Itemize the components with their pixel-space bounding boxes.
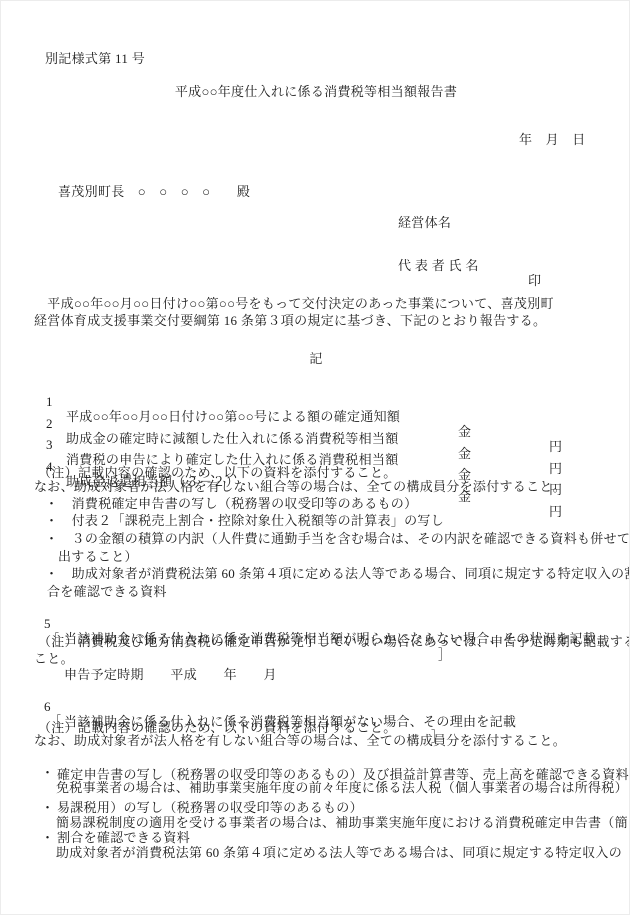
schedule-line: 申告予定時期 平成 年 月 [64,667,277,682]
note-3-bullet-1-line-2: 確定申告書の写し（税務署の収受印等のあるもの）及び損益計算書等、売上高を確認でき… [57,767,629,782]
form-number: 別記様式第 11 号 [45,51,145,66]
addressee-line: 喜茂別町長 ○ ○ ○ ○ 殿 [58,184,250,199]
note-1-bullet-4-line-2: 合を確認できる資料 [47,584,167,599]
note-1-bullet-2: ・ 付表２「課税売上割合・控除対象仕入税額等の計算表」の写し [45,513,444,528]
note-2-line-1: （注）消費税及び地方消費税の確定申告が完了していない場合にあっては、申告予定時期… [38,634,630,649]
bracket-close: ］ [438,647,451,662]
preamble-line-2: 経営体育成支援事業交付要綱第 16 条第３項の規定に基づき、下記のとおり報告する… [34,313,546,328]
note-2-line-2: こと。 [34,651,74,666]
note-3-subheading: なお、助成対象者が法人格を有しない組合等の場合は、全ての構成員分を添付すること。 [34,733,566,748]
amount-unit-yen: 円 [549,504,562,519]
note-1-bullet-3-line-1: ・ ３の金額の積算の内訳（人件費に通勤手当を含む場合は、その内訳を確認できる資料… [45,531,630,546]
document-page: 別記様式第 11 号 平成○○年度仕入れに係る消費税等相当額報告書 年 月 日 … [0,0,630,915]
bullet-mark: ・ [41,830,54,845]
representative-row: 代 表 者 氏 名 印 [1,243,630,303]
note-3-bullet-2-line-2: 易課税用）の写し（税務署の収受印等のあるもの） [57,800,363,815]
bullet-mark: ・ [41,800,54,815]
note-3-bullet-3-line-1: ・ 助成対象者が消費税法第 60 条第４項に定める法人等である場合は、同項に規定… [1,815,630,875]
note-1-subheading: なお、助成対象者が法人格を有しない組合等の場合は、全ての構成員分を添付すること。 [34,479,566,494]
seal-mark: 印 [528,273,541,288]
bullet-text: 助成対象者が消費税法第 60 条第４項に定める法人等である場合は、同項に規定する… [56,845,622,860]
record-heading: 記 [1,351,630,366]
date-line: 年 月 日 [519,132,586,147]
note-3-bullet-3-line-2: 割合を確認できる資料 [57,830,190,845]
document-title: 平成○○年度仕入れに係る消費税等相当額報告書 [1,84,630,99]
representative-name-label: 代 表 者 氏 名 [398,258,479,273]
note-1-bullet-3-line-2: 出すること） [58,549,138,564]
note-1-bullet-1: ・ 消費税確定申告書の写し（税務署の収受印等のあるもの） [45,496,417,511]
note-1-bullet-4-line-1: ・ 助成対象者が消費税法第 60 条第４項に定める法人等である場合、同項に規定す… [45,566,630,581]
bullet-mark: ・ [41,765,54,780]
preamble-line-1: 平成○○年○○月○○日付け○○第○○号をもって交付決定のあった事業について、喜茂… [34,296,554,311]
entity-name-label: 経営体名 [398,215,451,230]
note-1-heading: （注）記載内容の確認のため、以下の資料を添付すること。 [38,465,397,480]
